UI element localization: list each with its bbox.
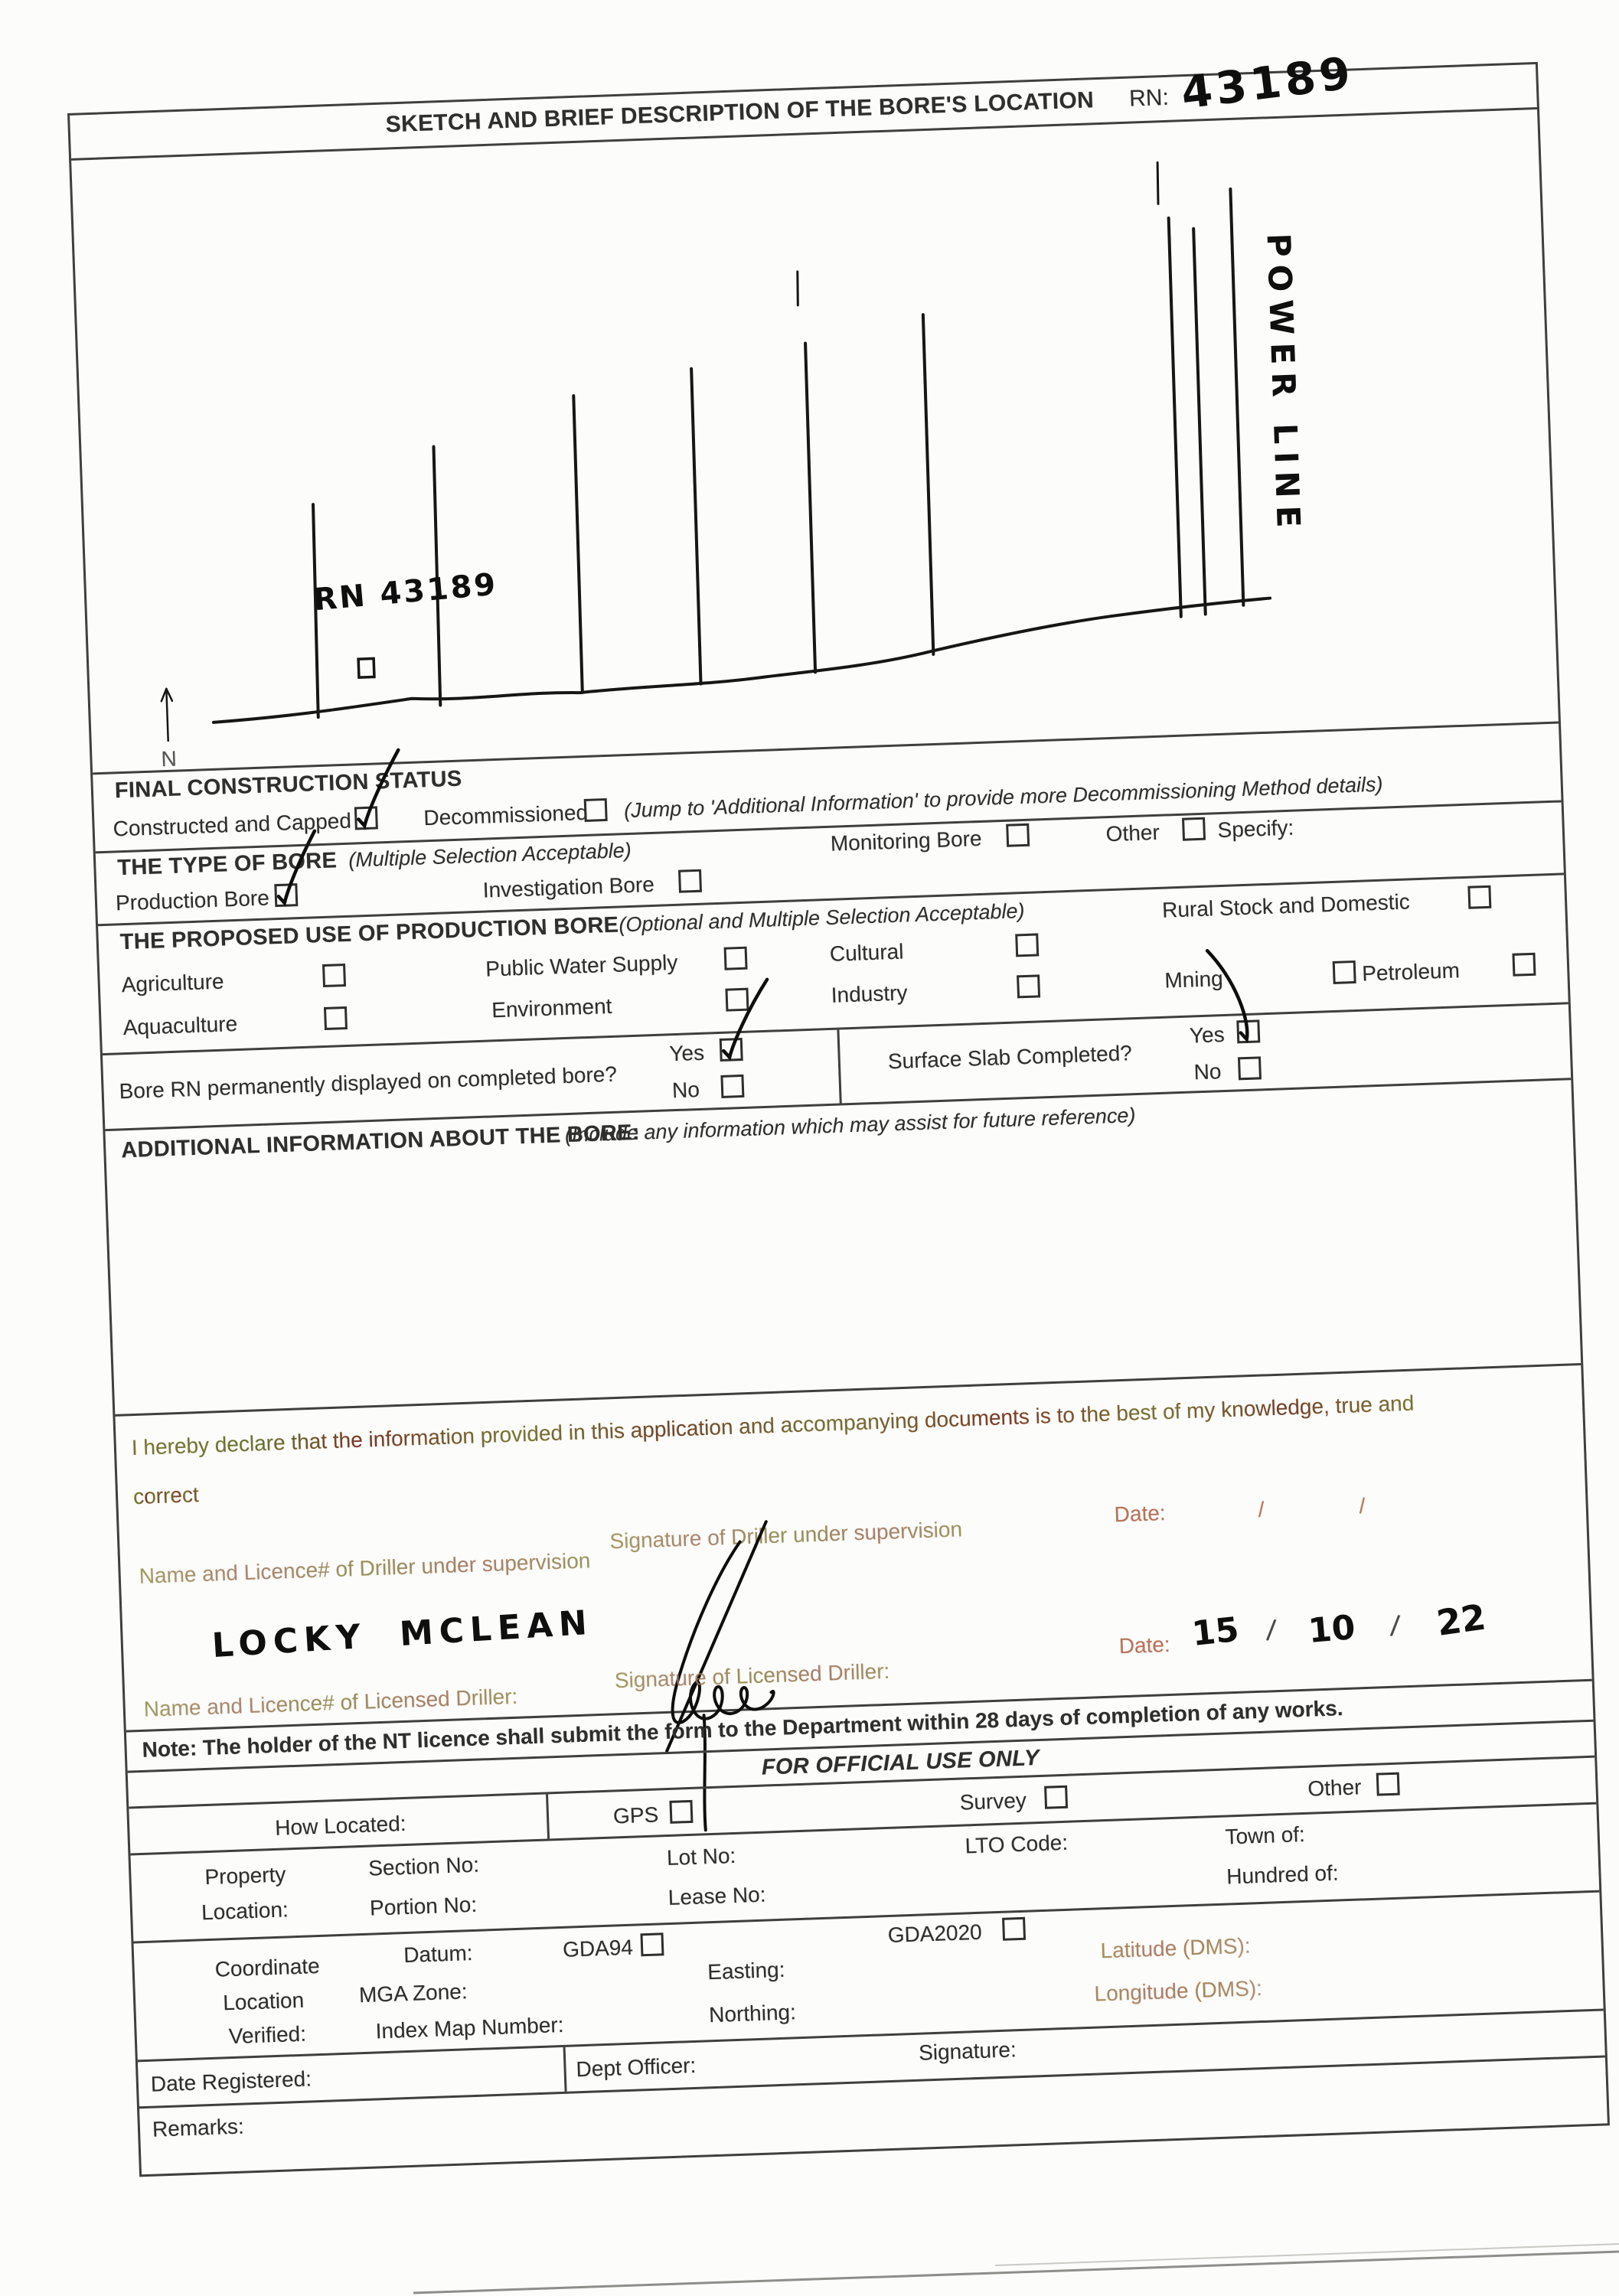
checkbox-environment[interactable] [725,988,749,1012]
date-day-handwritten: 15 [1190,1610,1241,1654]
checkbox-surface-slab-no[interactable] [1238,1056,1262,1080]
portion-no-label: Portion No: [370,1893,478,1921]
lot-no-label: Lot No: [666,1844,736,1870]
use-public-water-label: Public Water Supply [485,951,678,982]
index-map-number-label: Index Map Number: [375,2013,564,2044]
property-label: Property [204,1862,286,1890]
lease-no-label: Lease No: [668,1883,766,1910]
datum-label: Datum: [403,1941,473,1968]
checkbox-bore-rn-yes[interactable] [720,1038,743,1062]
lto-code-label: LTO Code: [965,1831,1068,1859]
declaration-line2: correct [133,1482,200,1509]
ground-line [211,598,1273,722]
hundred-of-label: Hundred of: [1226,1861,1339,1889]
cell-divider [546,1794,550,1838]
checkbox-agriculture[interactable] [322,964,346,987]
gda94-label: GDA94 [563,1936,634,1962]
checkbox-survey[interactable] [1044,1786,1068,1809]
surface-slab-no-label: No [1193,1059,1222,1084]
date-slash: / [1265,1615,1277,1649]
checkbox-mining[interactable] [1333,960,1356,984]
fcs-heading: FINAL CONSTRUCTION STATUS [114,767,462,804]
section-no-label: Section No: [368,1853,480,1881]
rn-handwritten-value: 43189 [1178,47,1356,119]
bore-rn-no-label: No [671,1078,700,1103]
supervised-date-label: Date: [1114,1501,1166,1527]
checkbox-other-bore[interactable] [1182,817,1206,841]
northing-label: Northing: [709,2000,797,2027]
official-use-heading: FOR OFFICIAL USE ONLY [761,1746,1040,1781]
checkbox-public-water-supply[interactable] [724,947,748,970]
tob-specify-label: Specify: [1217,816,1294,843]
checkbox-gps[interactable] [669,1800,693,1824]
remarks-label: Remarks: [152,2115,244,2142]
date-month-handwritten: 10 [1307,1608,1356,1651]
checkbox-gda2020[interactable] [1002,1917,1026,1941]
coordinate-location-label: Location [223,1988,305,2016]
bore-marker-square [358,658,374,677]
easting-label: Easting: [707,1958,785,1985]
licensed-driller-name-label: Name and Licence# of Licensed Driller: [143,1684,518,1722]
coordinate-label: Coordinate [214,1954,320,1982]
use-mining-label: Mning [1164,967,1223,993]
date-slash: / [1359,1494,1366,1518]
surface-slab-question-label: Surface Slab Completed? [887,1041,1132,1074]
sketch-area: RN 43189 POWER LINE N [71,109,1559,775]
cell-divider [837,1030,841,1104]
use-aquaculture-label: Aquaculture [122,1012,237,1040]
how-located-label: How Located: [275,1812,406,1841]
verified-label: Verified: [228,2022,306,2050]
licensed-driller-name-handwritten: LOCKY MCLEAN [211,1603,595,1665]
supervised-driller-name-label: Name and Licence# of Driller under super… [139,1548,591,1589]
date-registered-label: Date Registered: [150,2066,312,2096]
official-signature-label: Signature: [919,2037,1017,2065]
fcs-decommissioned-label: Decommissioned [423,801,589,830]
surface-slab-yes-label: Yes [1189,1022,1225,1049]
north-arrow [166,689,168,741]
use-environment-label: Environment [491,994,612,1022]
tob-note: (Multiple Selection Acceptable) [348,839,632,872]
bore-rn-yes-label: Yes [669,1041,705,1067]
scanned-bore-form-page: SKETCH AND BRIEF DESCRIPTION OF THE BORE… [0,0,1619,2296]
checkbox-aquaculture[interactable] [324,1006,348,1030]
tob-production-label: Production Bore [116,885,270,915]
north-label: N [161,747,177,772]
use-petroleum-label: Petroleum [1362,958,1461,986]
mga-zone-label: MGA Zone: [358,1979,468,2007]
bore-rn-question-label: Bore RN permanently displayed on complet… [119,1062,617,1104]
checkbox-investigation-bore[interactable] [678,869,702,893]
cell-divider [563,2047,567,2092]
use-rural-label: Rural Stock and Domestic [1162,889,1411,922]
form-table: SKETCH AND BRIEF DESCRIPTION OF THE BORE… [67,62,1610,2177]
additional-info-section: ADDITIONAL INFORMATION ABOUT THE BORE: (… [105,1080,1581,1417]
checkbox-petroleum[interactable] [1512,953,1536,977]
tob-monitoring-label: Monitoring Bore [830,827,982,856]
use-cultural-label: Cultural [829,940,904,967]
checkbox-constructed-and-capped[interactable] [354,806,378,830]
checkbox-industry[interactable] [1017,974,1040,998]
rn-label: RN: [1129,85,1170,113]
latitude-label: Latitude (DMS): [1100,1934,1251,1964]
property-location-label: Location: [201,1897,289,1925]
use-agriculture-label: Agriculture [121,970,224,998]
page-edge [0,2212,1619,2296]
town-of-label: Town of: [1225,1822,1305,1850]
checkbox-cultural[interactable] [1015,933,1039,957]
checkbox-production-bore[interactable] [274,883,298,907]
checkbox-rural-stock-domestic[interactable] [1467,885,1491,909]
licensed-date-label: Date: [1118,1632,1170,1658]
gda2020-label: GDA2020 [887,1920,982,1948]
checkbox-bore-rn-no[interactable] [720,1075,744,1098]
date-year-handwritten: 22 [1434,1596,1488,1643]
use-industry-label: Industry [831,980,908,1007]
checkbox-decommissioned[interactable] [584,798,608,822]
date-slash: / [1258,1498,1265,1522]
checkbox-surface-slab-yes[interactable] [1236,1019,1260,1043]
gps-label: GPS [613,1802,659,1828]
tob-investigation-label: Investigation Bore [482,872,654,903]
survey-label: Survey [959,1789,1027,1815]
other-located-label: Other [1307,1775,1362,1801]
checkbox-gda94[interactable] [640,1932,664,1956]
dept-officer-label: Dept Officer: [576,2053,697,2082]
date-slash: / [1389,1610,1401,1644]
bore-location-sketch [71,109,1559,772]
longitude-label: Longitude (DMS): [1094,1976,1262,2007]
fcs-constructed-label: Constructed and Capped [113,809,351,842]
checkbox-other-located[interactable] [1376,1773,1400,1796]
checkbox-monitoring-bore[interactable] [1006,823,1030,847]
tob-other-label: Other [1105,820,1160,846]
